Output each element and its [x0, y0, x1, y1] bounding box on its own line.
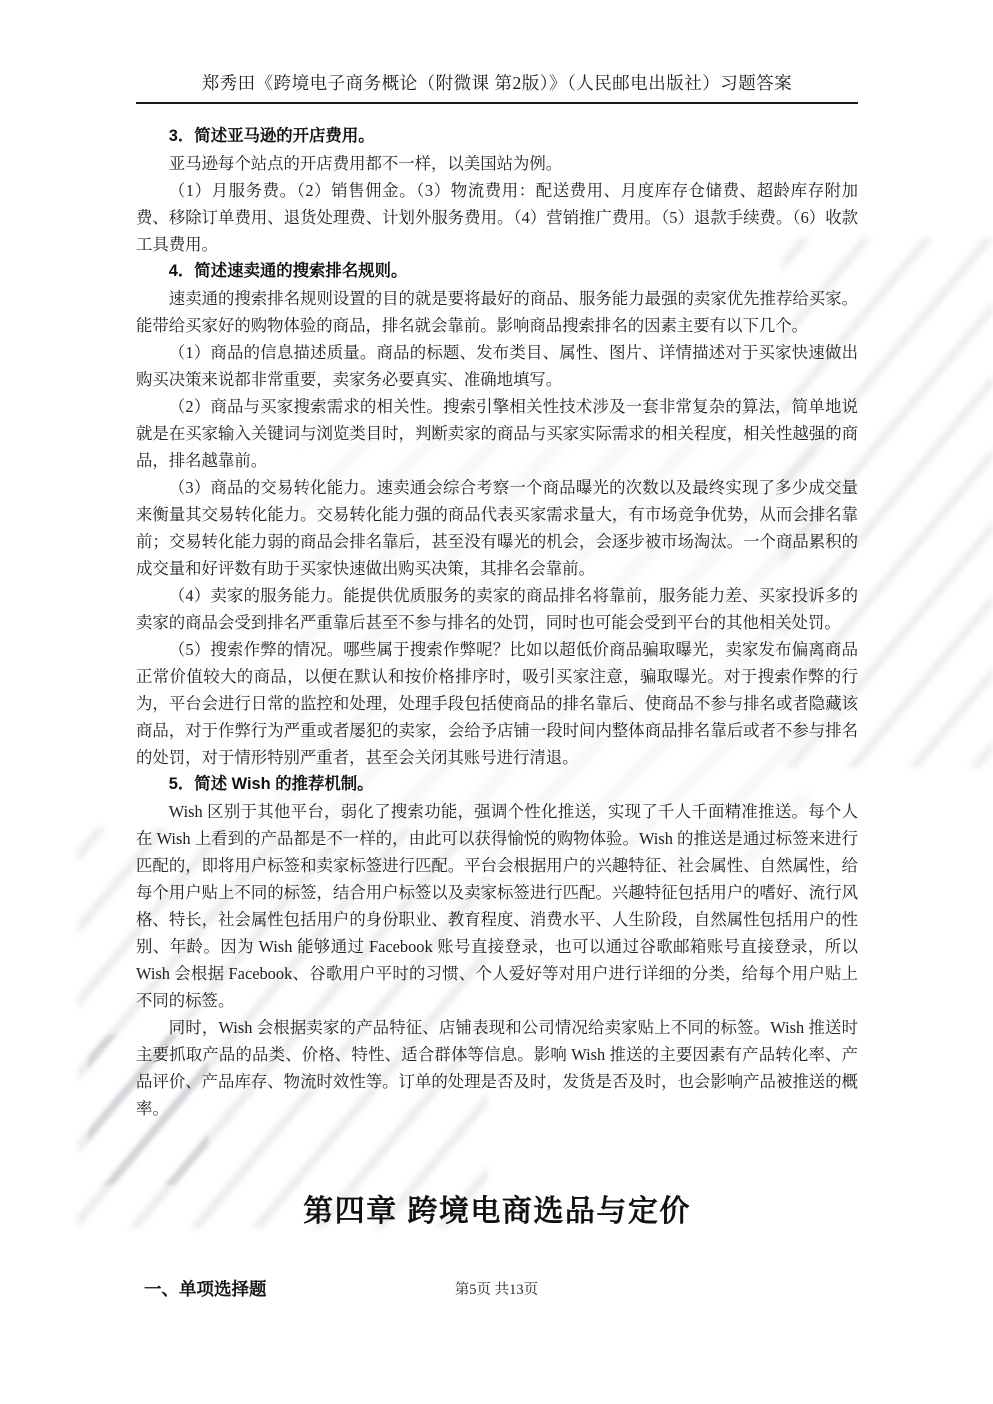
- question-4-heading: 4．简述速卖通的搜索排名规则。: [136, 258, 858, 285]
- answer-paragraph: （5）搜索作弊的情况。哪些属于搜索作弊呢？比如以超低价商品骗取曝光，卖家发布偏离…: [136, 636, 858, 771]
- answer-paragraph: 速卖通的搜索排名规则设置的目的就是要将最好的商品、服务能力最强的卖家优先推荐给买…: [136, 285, 858, 339]
- document-page: 郑秀田《跨境电子商务概论（附微课 第2版）》（人民邮电出版社）习题答案 3．简述…: [0, 0, 993, 1404]
- content-column: 郑秀田《跨境电子商务概论（附微课 第2版）》（人民邮电出版社）习题答案 3．简述…: [136, 0, 858, 1301]
- question-3-heading: 3．简述亚马逊的开店费用。: [136, 123, 858, 150]
- page-number: 第5页 共13页: [0, 1278, 993, 1299]
- answer-paragraph: 同时，Wish 会根据卖家的产品特征、店铺表现和公司情况给卖家贴上不同的标签。W…: [136, 1014, 858, 1122]
- chapter-title: 第四章 跨境电商选品与定价: [136, 1186, 858, 1230]
- answer-paragraph: Wish 区别于其他平台，弱化了搜索功能，强调个性化推送，实现了千人千面精准推送…: [136, 798, 858, 1014]
- answer-paragraph: （3）商品的交易转化能力。速卖通会综合考察一个商品曝光的次数以及最终实现了多少成…: [136, 474, 858, 582]
- question-5-heading: 5．简述 Wish 的推荐机制。: [136, 771, 858, 798]
- document-body: 3．简述亚马逊的开店费用。 亚马逊每个站点的开店费用都不一样，以美国站为例。 （…: [136, 123, 858, 1122]
- answer-paragraph: （2）商品与买家搜索需求的相关性。搜索引擎相关性技术涉及一套非常复杂的算法，简单…: [136, 393, 858, 474]
- answer-paragraph: （4）卖家的服务能力。能提供优质服务的卖家的商品排名将靠前，服务能力差、买家投诉…: [136, 582, 858, 636]
- answer-paragraph: 亚马逊每个站点的开店费用都不一样，以美国站为例。: [136, 150, 858, 177]
- document-header: 郑秀田《跨境电子商务概论（附微课 第2版）》（人民邮电出版社）习题答案: [136, 70, 858, 104]
- answer-paragraph: （1）商品的信息描述质量。商品的标题、发布类目、属性、图片、详情描述对于买家快速…: [136, 339, 858, 393]
- header-divider: [136, 102, 858, 104]
- answer-paragraph: （1）月服务费。（2）销售佣金。（3）物流费用：配送费用、月度库存仓储费、超龄库…: [136, 177, 858, 258]
- document-header-title: 郑秀田《跨境电子商务概论（附微课 第2版）》（人民邮电出版社）习题答案: [136, 70, 858, 95]
